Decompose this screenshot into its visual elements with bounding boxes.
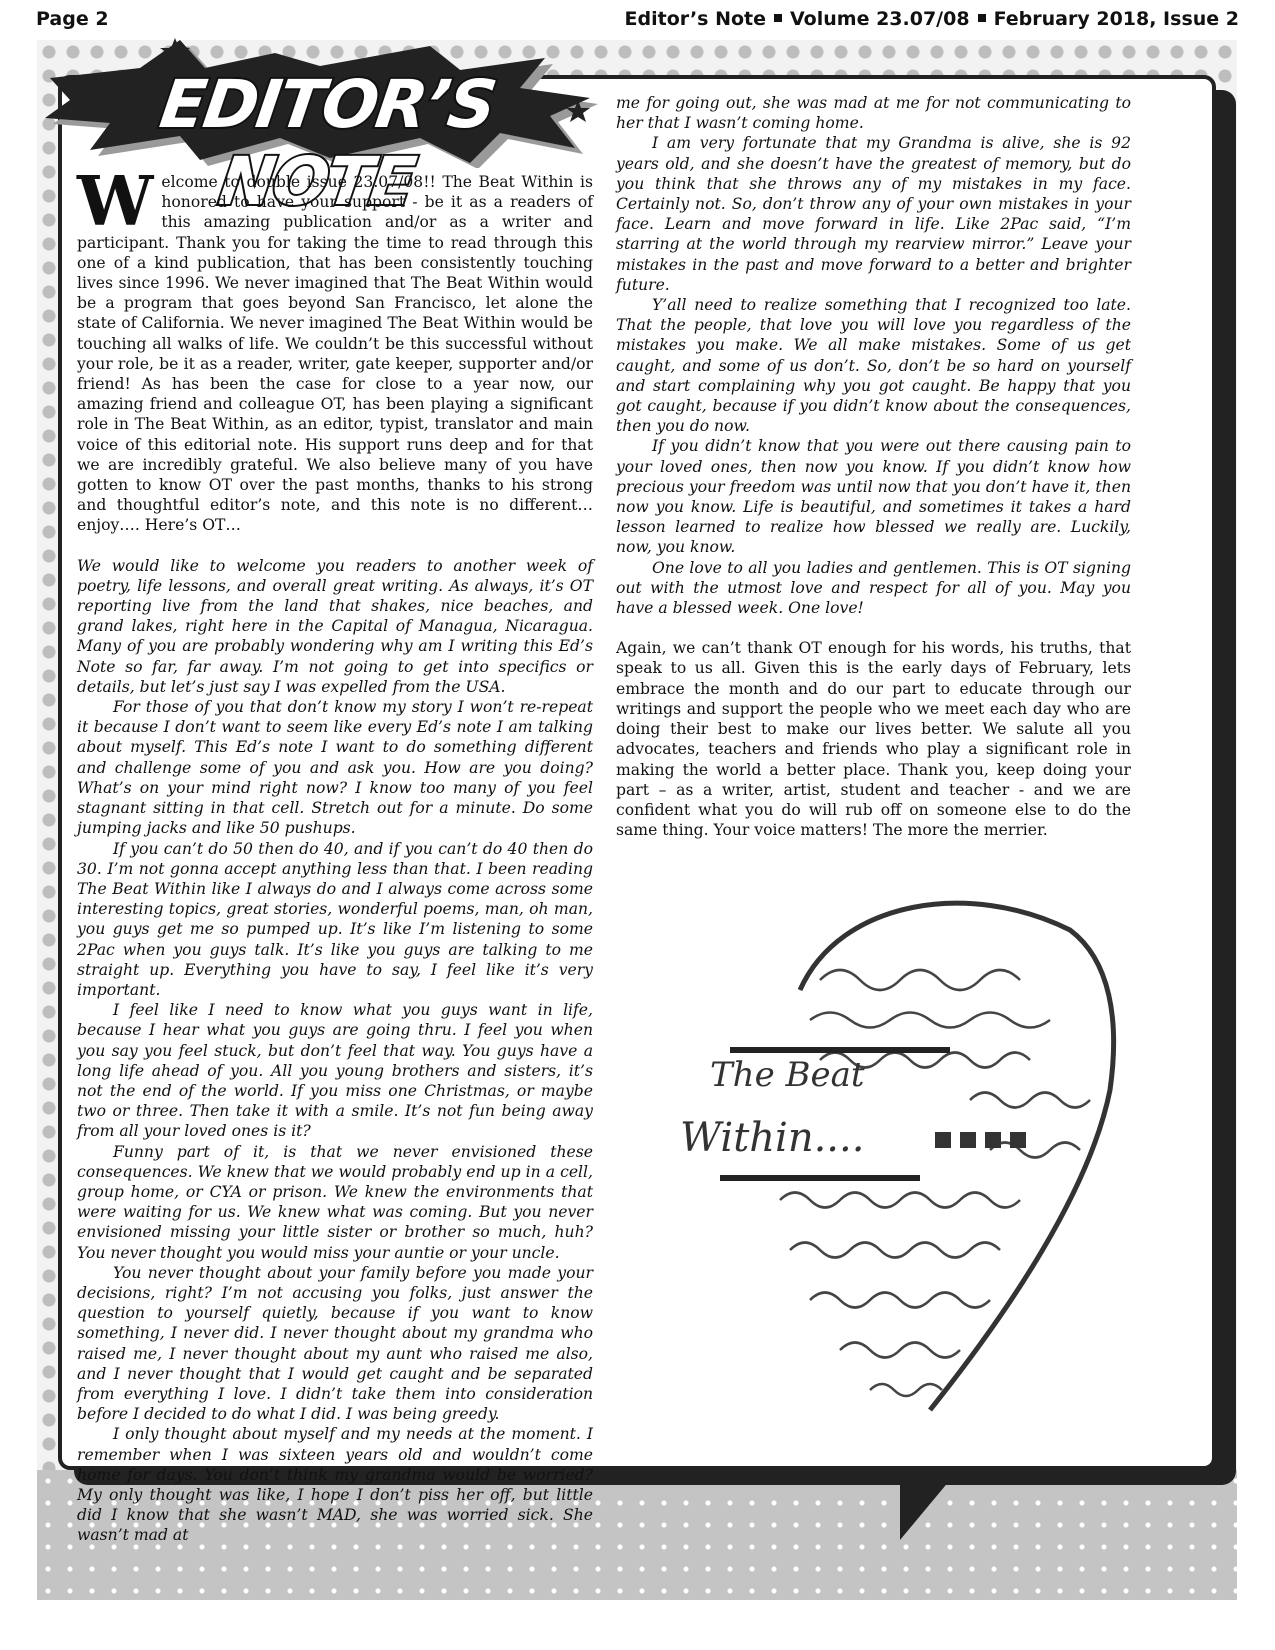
illustration-label: The Beat: [710, 1055, 865, 1095]
ot-paragraph: For those of you that don’t know my stor…: [77, 697, 593, 838]
issue-date: February 2018, Issue 2: [994, 8, 1239, 30]
ot-paragraph: I feel like I need to know what you guys…: [77, 1000, 593, 1141]
masthead: EDITOR’S NOTE: [30, 38, 600, 168]
ot-paragraph: I am very fortunate that my Grandma is a…: [616, 133, 1131, 295]
article-column-left: Welcome to double issue 23.07/08!! The B…: [77, 172, 593, 1546]
ot-paragraph: me for going out, she was mad at me for …: [616, 93, 1131, 133]
illustration-label: Within....: [680, 1115, 864, 1161]
drop-cap: W: [77, 174, 153, 230]
page-number: Page 2: [36, 8, 109, 30]
ot-paragraph: If you didn’t know that you were out the…: [616, 436, 1131, 557]
separator-square-icon: [978, 14, 986, 22]
speech-bubble-tail: [900, 1480, 950, 1540]
ot-paragraph: You never thought about your family befo…: [77, 1263, 593, 1425]
heart-illustration: The Beat Within....: [670, 860, 1130, 1420]
separator-square-icon: [774, 14, 782, 22]
volume: Volume 23.07/08: [790, 8, 970, 30]
ot-paragraph: One love to all you ladies and gentlemen…: [616, 558, 1131, 619]
ot-paragraph: Y’all need to realize something that I r…: [616, 295, 1131, 436]
intro-paragraph: Welcome to double issue 23.07/08!! The B…: [77, 172, 593, 536]
running-header: Page 2 Editor’s NoteVolume 23.07/08Febru…: [36, 8, 1239, 36]
ot-paragraph: Funny part of it, is that we never envis…: [77, 1142, 593, 1263]
issue-info: Editor’s NoteVolume 23.07/08February 201…: [625, 8, 1239, 30]
ot-paragraph: If you can’t do 50 then do 40, and if yo…: [77, 839, 593, 1001]
article-column-right: me for going out, she was mad at me for …: [616, 93, 1131, 840]
closing-paragraph: Again, we can’t thank OT enough for his …: [616, 638, 1131, 840]
ot-paragraph: We would like to welcome you readers to …: [77, 556, 593, 697]
section-name: Editor’s Note: [625, 8, 766, 30]
ot-paragraph: I only thought about myself and my needs…: [77, 1424, 593, 1545]
